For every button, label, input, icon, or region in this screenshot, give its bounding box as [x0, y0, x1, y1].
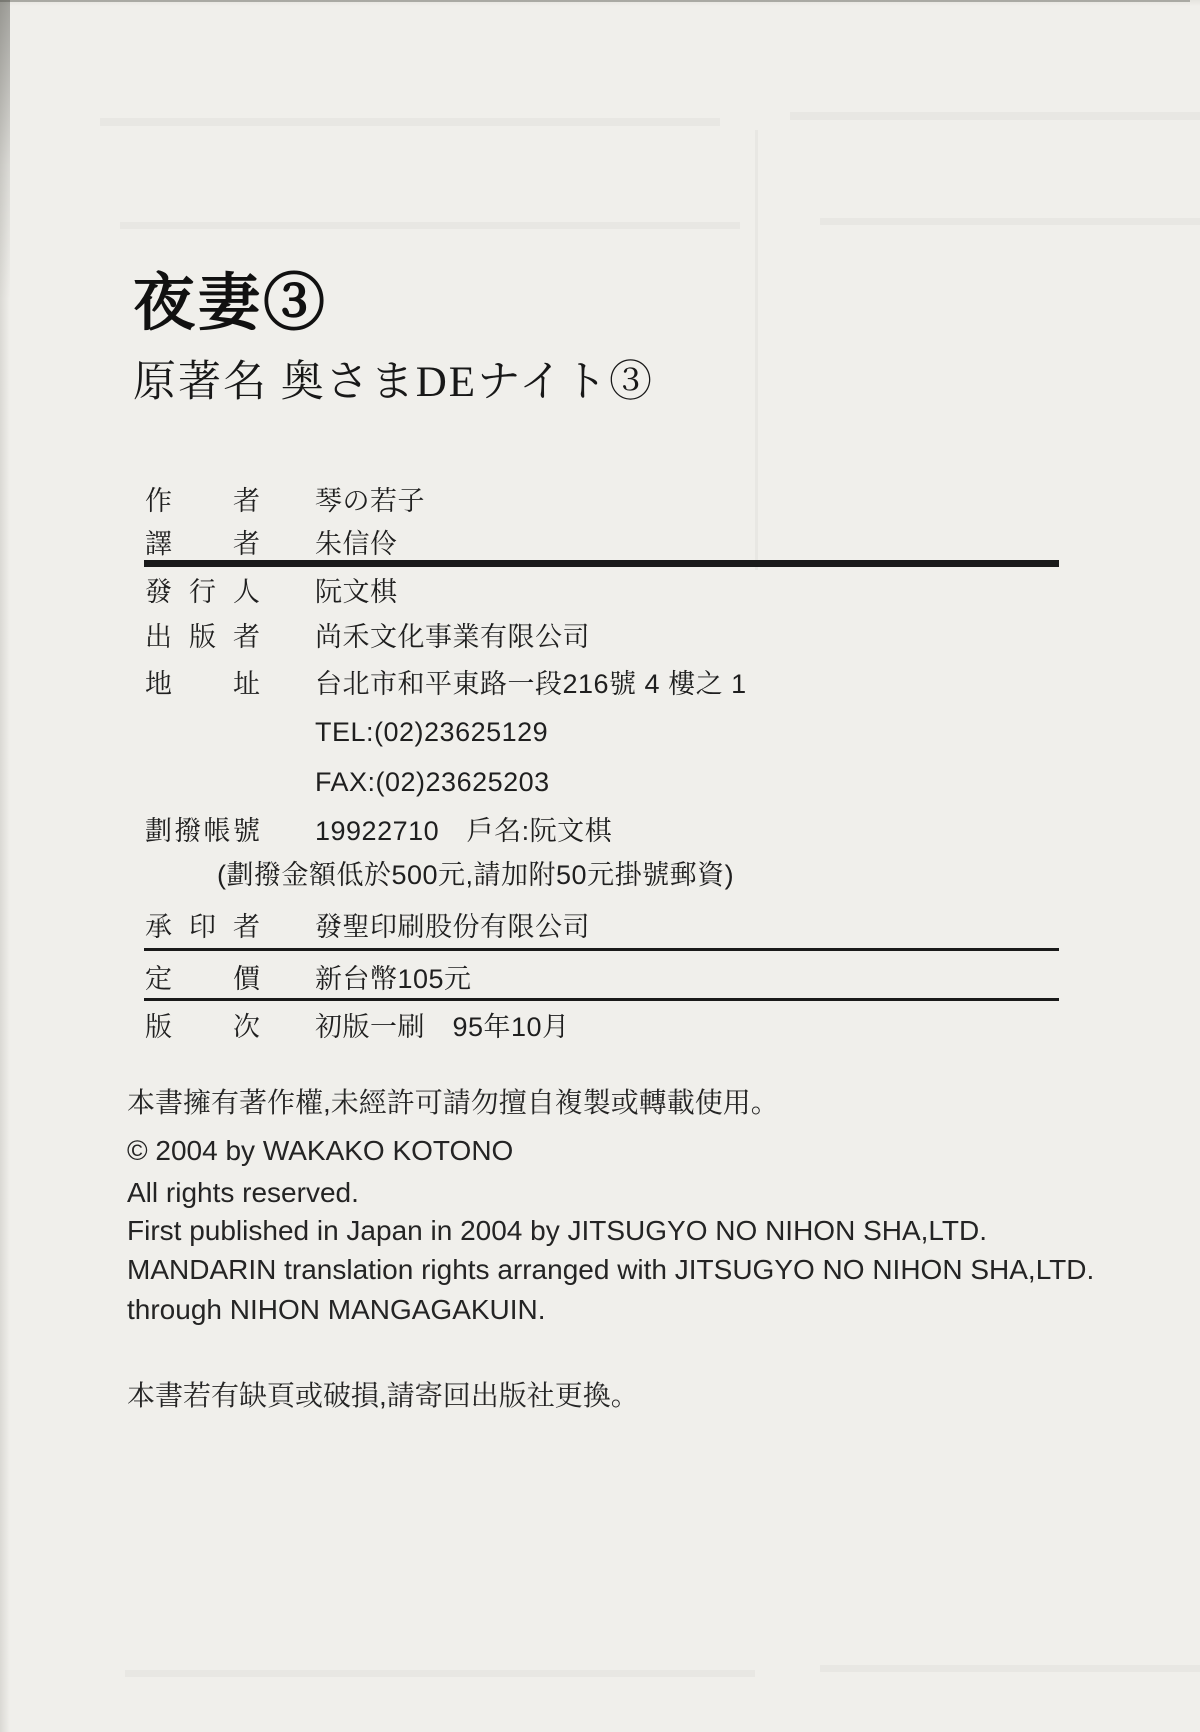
row-printer-value: 發聖印刷股份有限公司 [315, 910, 590, 944]
row-edition-value: 初版一刷 95年10月 [315, 1010, 570, 1044]
scan-top-edge [0, 0, 1190, 2]
through-agency-line: through NIHON MANGAGAKUIN. [127, 1292, 546, 1328]
paper-showthrough [120, 222, 740, 229]
section-divider-thin [144, 948, 1059, 951]
row-postal-account-value: 19922710 戶名:阮文棋 [315, 814, 612, 848]
section-divider-thick [144, 560, 1059, 567]
row-author-value: 琴の若子 [315, 484, 425, 518]
row-postal-account-label: 劃撥帳號 [145, 814, 260, 848]
paper-showthrough [820, 218, 1200, 225]
row-price-label: 定價 [145, 962, 260, 996]
row-address-label: 地址 [145, 667, 260, 701]
copyright-line: © 2004 by WAKAKO KOTONO [127, 1133, 513, 1169]
copyright-cn-notice: 本書擁有著作權,未經許可請勿擅自複製或轉載使用。 [127, 1085, 779, 1121]
row-publisher-value: 尚禾文化事業有限公司 [315, 620, 590, 654]
return-notice: 本書若有缺頁或破損,請寄回出版社更換。 [127, 1378, 639, 1414]
colophon-page: 夜妻③ 原著名 奥さまDEナイト③ 作者 琴の若子 譯者 朱信伶 發行人 阮文棋… [0, 0, 1200, 1732]
row-author-label: 作者 [145, 484, 260, 518]
paper-showthrough [125, 1670, 755, 1677]
row-issuer-value: 阮文棋 [315, 575, 398, 609]
row-price: 定價 新台幣105元 [0, 962, 1200, 996]
original-title: 原著名 奥さまDEナイト③ [133, 358, 654, 407]
mandarin-rights-line: MANDARIN translation rights arranged wit… [127, 1252, 1094, 1288]
first-published-line: First published in Japan in 2004 by JITS… [127, 1213, 987, 1249]
row-postal-account: 劃撥帳號 19922710 戶名:阮文棋 [0, 814, 1200, 848]
scan-left-smudge [0, 0, 10, 300]
row-author: 作者 琴の若子 [0, 484, 1200, 518]
rights-reserved-line: All rights reserved. [127, 1175, 359, 1211]
row-tel-value: TEL:(02)23625129 [315, 715, 548, 749]
row-printer: 承印者 發聖印刷股份有限公司 [0, 910, 1200, 944]
paper-showthrough [790, 112, 1200, 120]
row-fax-value: FAX:(02)23625203 [315, 765, 550, 799]
paper-showthrough [820, 1665, 1200, 1672]
row-issuer-label: 發行人 [145, 575, 260, 609]
row-postal-note: (劃撥金額低於500元,請加附50元掛號郵資) [0, 858, 1200, 892]
book-title: 夜妻③ [133, 268, 328, 339]
row-translator-label: 譯者 [145, 527, 260, 561]
row-fax: FAX:(02)23625203 [0, 765, 1200, 799]
row-publisher-label: 出版者 [145, 620, 260, 654]
row-issuer: 發行人 阮文棋 [0, 575, 1200, 609]
row-postal-note-value: (劃撥金額低於500元,請加附50元掛號郵資) [217, 858, 734, 892]
row-address-value: 台北市和平東路一段216號 4 樓之 1 [315, 667, 747, 701]
row-translator: 譯者 朱信伶 [0, 527, 1200, 561]
section-divider-thin [144, 998, 1059, 1001]
row-tel: TEL:(02)23625129 [0, 715, 1200, 749]
row-publisher: 出版者 尚禾文化事業有限公司 [0, 620, 1200, 654]
row-price-value: 新台幣105元 [315, 962, 472, 996]
row-printer-label: 承印者 [145, 910, 260, 944]
row-edition-label: 版次 [145, 1010, 260, 1044]
row-edition: 版次 初版一刷 95年10月 [0, 1010, 1200, 1044]
paper-showthrough [100, 118, 720, 126]
row-translator-value: 朱信伶 [315, 527, 398, 561]
row-address: 地址 台北市和平東路一段216號 4 樓之 1 [0, 667, 1200, 701]
